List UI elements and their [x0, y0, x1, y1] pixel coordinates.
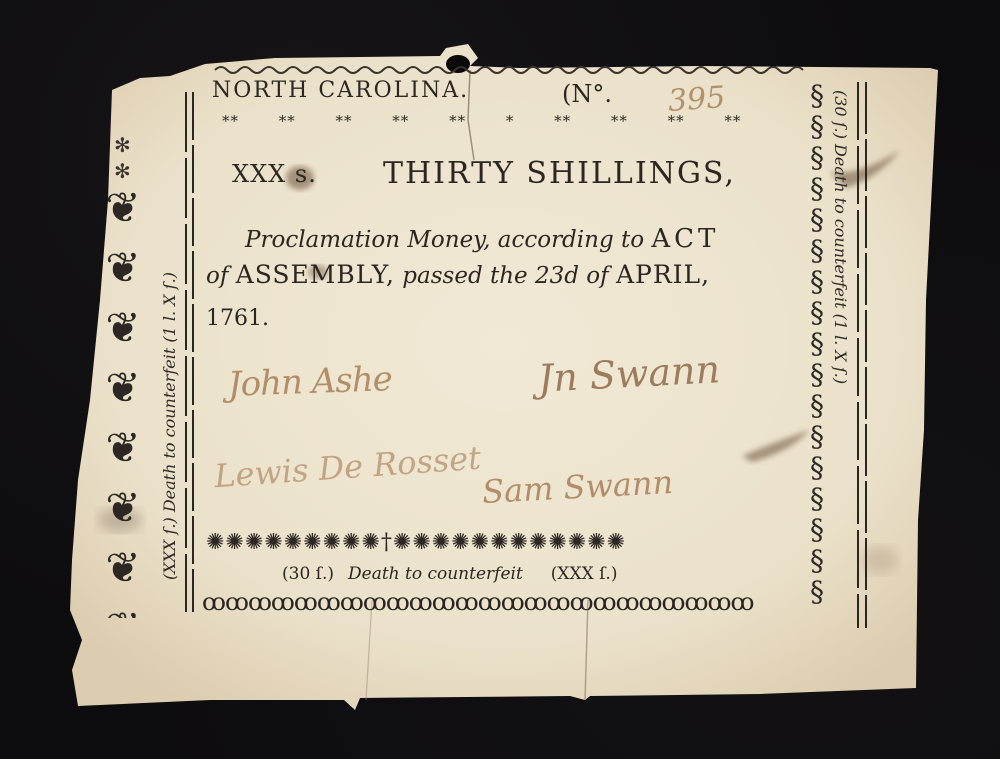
body-passed: passed the 23d of [395, 263, 616, 289]
signature-1: John Ashe [227, 359, 392, 405]
star-row: ** ** ** ** ** * ** ** ** ** [222, 112, 741, 130]
right-scroll-border: §§§§§§§§§§§§§§§§§ [806, 80, 828, 620]
left-star-ornaments: ✻✻ [114, 132, 131, 184]
body-of: of [206, 263, 236, 289]
sunburst-ornament-band: ✺✺✺✺✺✺✺✺✺†✺✺✺✺✺✺✺✺✺✺✺✺ [206, 530, 802, 560]
body-line-1: Proclamation Money, according to ACT [245, 224, 719, 254]
body-april: APRIL, [616, 260, 710, 289]
number-label: (N°. [562, 80, 612, 108]
body-assembly: ASSEMBLY, [236, 260, 395, 289]
bottom-left-value: (30 ſ.) [282, 564, 334, 584]
left-foliage-border: ❦❦❦❦❦❦❦❦ [88, 178, 158, 618]
right-margin-warning: (30 ſ.) Death to counterfeit (1 l. X ſ.) [831, 90, 850, 384]
denomination-abbreviation: XXX s. [232, 160, 317, 188]
fleuron-ornament-band: ꝏꝏꝏꝏꝏꝏꝏꝏꝏꝏꝏꝏꝏꝏꝏꝏꝏꝏꝏꝏꝏꝏꝏꝏ [202, 588, 812, 622]
colony-name: NORTH CAROLINA. [212, 78, 469, 103]
bottom-warning: Death to counterfeit [348, 564, 523, 584]
body-act: ACT [651, 224, 719, 254]
bottom-legend: (30 ſ.)Death to counterfeit(XXX ſ.) [282, 564, 617, 584]
body-line-1-text: Proclamation Money, according to [245, 227, 651, 253]
body-line-2: of ASSEMBLY, passed the 23d of APRIL, [206, 260, 710, 289]
bottom-right-value: (XXX ſ.) [551, 564, 618, 584]
denomination-words: THIRTY SHILLINGS, [383, 156, 736, 191]
left-margin-warning: (XXX ſ.) Death to counterfeit (1 l. X ſ.… [160, 272, 179, 580]
body-year: 1761. [206, 306, 269, 331]
banknote-paper: ✻✻ ❦❦❦❦❦❦❦❦ (XXX ſ.) Death to counterfei… [0, 0, 1000, 759]
